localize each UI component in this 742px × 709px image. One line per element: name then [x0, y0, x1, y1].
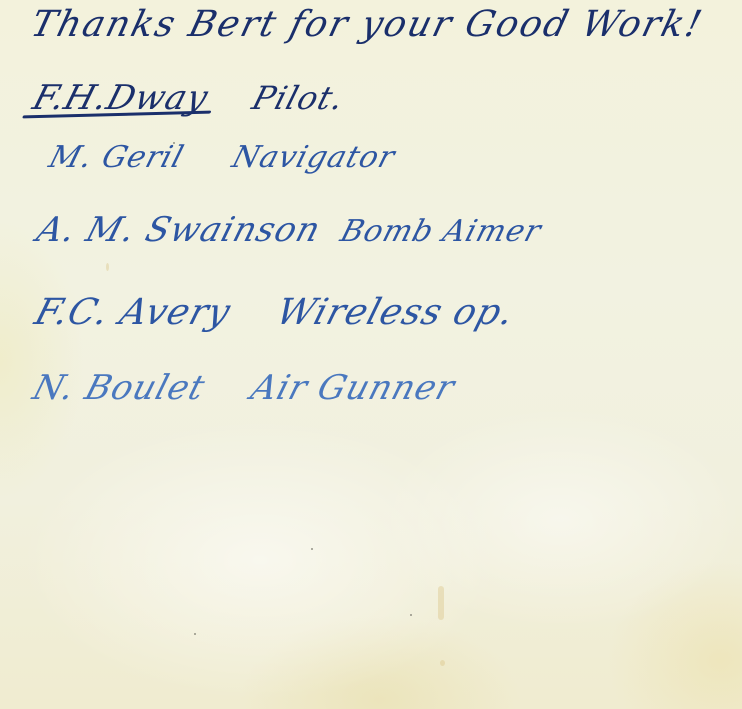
crew-name: M. Geril	[45, 140, 188, 175]
crew-role: Air Gunner	[246, 368, 459, 408]
crew-role: Wireless op.	[272, 292, 520, 333]
crew-name: F.C. Avery	[30, 292, 235, 333]
thanks-heading: Thanks Bert for your Good Work!	[27, 4, 708, 45]
crew-role: Navigator	[228, 140, 399, 175]
paper-speck	[311, 548, 313, 550]
paper-stain	[106, 263, 109, 271]
crew-entry-pilot: F.H.Dway Pilot.	[28, 78, 349, 118]
crew-entry-wireless-operator: F.C. Avery Wireless op.	[30, 292, 519, 333]
crew-entry-bomb-aimer: A. M. Swainson Bomb Aimer	[32, 210, 546, 250]
crew-entry-navigator: M. Geril Navigator	[45, 140, 399, 175]
crew-name: N. Boulet	[28, 368, 210, 408]
crew-entry-air-gunner: N. Boulet Air Gunner	[28, 368, 459, 408]
crew-role: Pilot.	[248, 79, 349, 117]
pilot-signature: F.H.Dway	[28, 78, 213, 118]
note-paper: Thanks Bert for your Good Work! F.H.Dway…	[0, 0, 742, 709]
paper-stain	[438, 586, 444, 620]
paper-speck	[410, 614, 412, 616]
paper-speck	[173, 142, 175, 144]
paper-stain	[440, 660, 445, 666]
paper-speck	[194, 633, 196, 635]
crew-role: Bomb Aimer	[336, 214, 545, 249]
crew-name: A. M. Swainson	[32, 210, 325, 250]
